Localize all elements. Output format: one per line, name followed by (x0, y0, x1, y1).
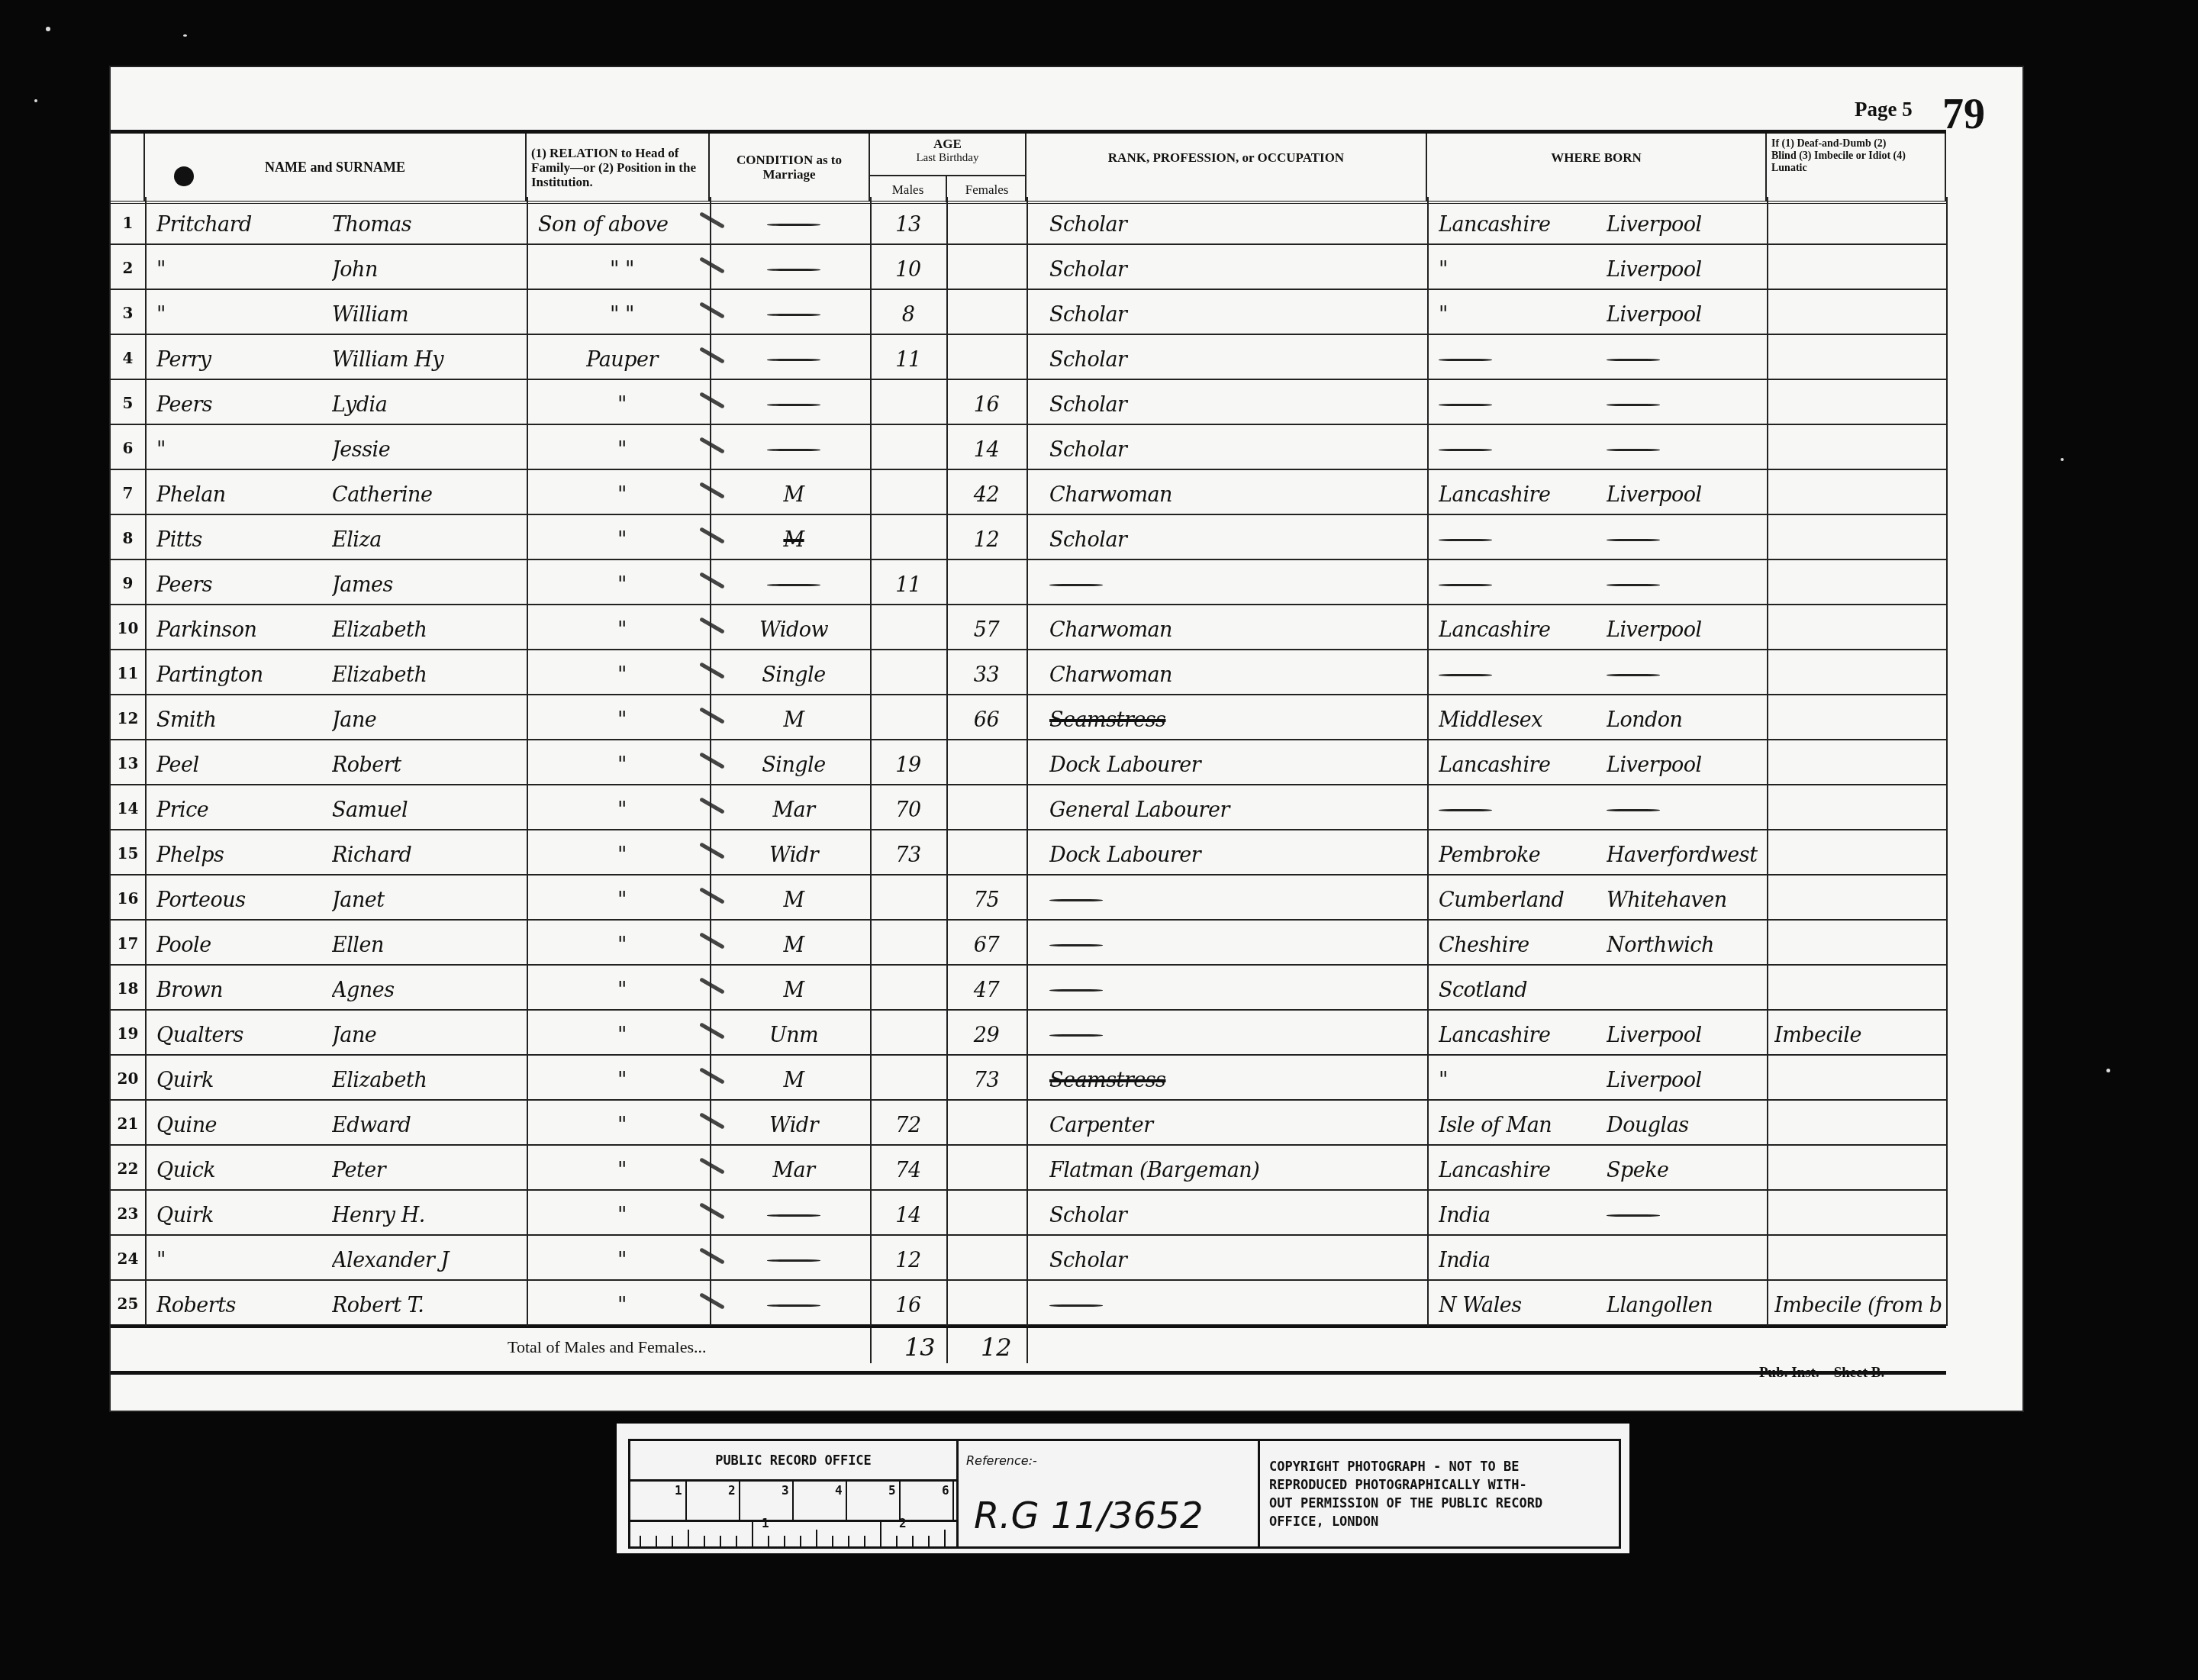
ruler-tick (672, 1536, 673, 1546)
cell-surname: Quick (156, 1152, 332, 1188)
column-divider (1767, 197, 1768, 1326)
cell-condition: Mar (721, 1152, 866, 1188)
table-row: 15PhelpsRichard"Widr73Dock LabourerPembr… (111, 830, 1946, 875)
cell-forename: Eliza (332, 521, 523, 558)
cell-born-county (1439, 386, 1607, 423)
header-age-sub: Last Birthday (916, 151, 978, 166)
cell-forename: Jane (332, 701, 523, 738)
cell-relation: " (538, 1062, 706, 1098)
cell-born-place: Douglas (1607, 1107, 1759, 1143)
record-office-label: PUBLIC RECORD OFFICE 123456 12 Reference… (617, 1424, 1629, 1553)
cell-forename: John (332, 251, 523, 288)
cell-condition: Single (721, 746, 866, 783)
table-row: 19QualtersJane"Unm29LancashireLiverpoolI… (111, 1011, 1946, 1056)
table-row: 8PittsEliza"M12Scholar (111, 515, 1946, 560)
ruler-cm-number: 1 (675, 1483, 682, 1498)
ruler-tick (912, 1536, 914, 1546)
cell-female-age: 67 (946, 927, 1026, 963)
cell-female-age: 66 (946, 701, 1026, 738)
cell-forename: Edward (332, 1107, 523, 1143)
cell-born-county (1439, 521, 1607, 558)
cell-relation: " (538, 431, 706, 468)
cell-infirmity (1774, 206, 1942, 243)
cell-female-age (946, 837, 1026, 873)
row-number: 14 (111, 785, 145, 830)
cell-infirmity (1774, 1152, 1942, 1188)
dash-mark (767, 584, 820, 586)
cell-forename: Peter (332, 1152, 523, 1188)
cell-forename: Lydia (332, 386, 523, 423)
cell-occupation: Charwoman (1049, 611, 1416, 648)
cell-born-place: Speke (1607, 1152, 1759, 1188)
cell-occupation: Scholar (1049, 431, 1416, 468)
cell-infirmity (1774, 431, 1942, 468)
row-number: 13 (111, 740, 145, 785)
cell-infirmity (1774, 566, 1942, 603)
cell-born-place (1607, 386, 1759, 423)
cell-relation: " (538, 1152, 706, 1188)
ruler-tick (896, 1536, 898, 1546)
ruler-tick (656, 1536, 657, 1546)
folio-number: 79 (1942, 90, 1985, 139)
cell-relation: " (538, 746, 706, 783)
cell-male-age: 11 (870, 341, 946, 378)
ruler-tick (880, 1520, 881, 1546)
cell-condition: Widr (721, 1107, 866, 1143)
cell-surname: Peers (156, 566, 332, 603)
cell-relation: " (538, 656, 706, 693)
cell-infirmity (1774, 296, 1942, 333)
ruler-section: PUBLIC RECORD OFFICE 123456 12 (630, 1441, 959, 1546)
row-number: 2 (111, 245, 145, 290)
cell-forename: Elizabeth (332, 1062, 523, 1098)
cell-female-age: 33 (946, 656, 1026, 693)
cell-male-age (870, 882, 946, 918)
cell-female-age (946, 1287, 1026, 1324)
dash-mark (767, 1259, 820, 1262)
cell-condition: M (721, 701, 866, 738)
cell-relation: " (538, 701, 706, 738)
cell-born-county (1439, 566, 1607, 603)
cell-surname: Perry (156, 341, 332, 378)
ruler-tick (816, 1530, 817, 1546)
cell-born-county: Pembroke (1439, 837, 1607, 873)
cell-male-age (870, 972, 946, 1008)
cell-female-age: 12 (946, 521, 1026, 558)
cell-female-age (946, 1152, 1026, 1188)
ruler-cm-number: 6 (942, 1483, 949, 1498)
cell-born-county: " (1439, 1062, 1607, 1098)
dash-mark (1439, 539, 1492, 541)
ruler-divider (739, 1482, 740, 1520)
cell-born-place: Liverpool (1607, 1062, 1759, 1098)
cell-forename: Alexander J (332, 1242, 523, 1279)
cell-infirmity (1774, 1197, 1942, 1233)
cell-male-age (870, 927, 946, 963)
cell-surname: Roberts (156, 1287, 332, 1324)
header-name-text: NAME and SURNAME (265, 160, 405, 175)
row-number: 7 (111, 470, 145, 515)
cell-male-age (870, 521, 946, 558)
cell-occupation (1049, 972, 1416, 1008)
column-divider (527, 197, 528, 1326)
cell-born-place: Northwich (1607, 927, 1759, 963)
ruler-inch: 12 (630, 1517, 956, 1546)
ruler-tick (832, 1536, 833, 1546)
cell-male-age: 16 (870, 1287, 946, 1324)
cell-occupation: Charwoman (1049, 476, 1416, 513)
table-row: 9PeersJames"11 (111, 560, 1946, 605)
cell-relation: " (538, 882, 706, 918)
cell-condition: M (721, 521, 866, 558)
cell-born-county: Middlesex (1439, 701, 1607, 738)
cell-male-age (870, 701, 946, 738)
dash-mark (1049, 1034, 1103, 1037)
ruler-cm-number: 5 (888, 1483, 896, 1498)
cell-occupation (1049, 1287, 1416, 1324)
cell-surname: Quirk (156, 1062, 332, 1098)
row-number: 24 (111, 1236, 145, 1281)
cell-condition (721, 341, 866, 378)
cell-female-age: 16 (946, 386, 1026, 423)
cell-forename: Robert T. (332, 1287, 523, 1324)
cell-relation: " (538, 972, 706, 1008)
cell-born-county: Lancashire (1439, 206, 1607, 243)
cell-infirmity (1774, 972, 1942, 1008)
cell-surname: Poole (156, 927, 332, 963)
ruler-tick (800, 1536, 801, 1546)
cell-forename: Ellen (332, 927, 523, 963)
cell-condition (721, 1242, 866, 1279)
page-number: Page 5 (1855, 98, 1913, 121)
cell-relation: " (538, 792, 706, 828)
cell-born-place: Liverpool (1607, 746, 1759, 783)
table-row: 20QuirkElizabeth"M73Seamstress"Liverpool (111, 1056, 1946, 1101)
dash-mark (1607, 584, 1660, 586)
cell-born-place: Liverpool (1607, 611, 1759, 648)
cell-relation: " (538, 521, 706, 558)
cell-occupation: Flatman (Bargeman) (1049, 1152, 1416, 1188)
cell-occupation: Dock Labourer (1049, 746, 1416, 783)
cell-condition: Mar (721, 792, 866, 828)
dash-mark (1049, 899, 1103, 901)
cell-infirmity: Imbecile (from birth) (1774, 1287, 1942, 1324)
table-row: 5PeersLydia"16Scholar (111, 380, 1946, 425)
cell-condition (721, 1287, 866, 1324)
cell-born-place: Liverpool (1607, 251, 1759, 288)
dash-mark (1607, 359, 1660, 361)
cell-forename: Robert (332, 746, 523, 783)
dash-mark (767, 359, 820, 361)
cell-condition: Widr (721, 837, 866, 873)
cell-male-age: 10 (870, 251, 946, 288)
cell-relation: " (538, 1242, 706, 1279)
dash-mark (767, 314, 820, 316)
cell-forename: Jessie (332, 431, 523, 468)
cell-female-age (946, 1107, 1026, 1143)
cell-condition (721, 431, 866, 468)
cell-female-age (946, 341, 1026, 378)
cell-condition (721, 251, 866, 288)
row-number: 3 (111, 290, 145, 335)
cell-born-county: Scotland (1439, 972, 1607, 1008)
table-row: 25RobertsRobert T."16N WalesLlangollenIm… (111, 1281, 1946, 1326)
row-number: 6 (111, 425, 145, 470)
cell-male-age: 73 (870, 837, 946, 873)
cell-infirmity (1774, 251, 1942, 288)
cell-born-place (1607, 656, 1759, 693)
cell-forename: Elizabeth (332, 611, 523, 648)
cell-relation: " (538, 476, 706, 513)
cell-occupation: Seamstress (1049, 701, 1416, 738)
cell-born-county: Lancashire (1439, 611, 1607, 648)
cell-surname: Pitts (156, 521, 332, 558)
header-males: Males (870, 176, 947, 202)
cell-male-age: 11 (870, 566, 946, 603)
dash-mark (1607, 449, 1660, 451)
cell-male-age: 13 (870, 206, 946, 243)
header-relation: (1) RELATION to Head of Family—or (2) Po… (527, 134, 710, 201)
cell-surname: Phelps (156, 837, 332, 873)
cell-female-age: 42 (946, 476, 1026, 513)
cell-infirmity (1774, 1242, 1942, 1279)
cell-condition (721, 1197, 866, 1233)
row-number: 20 (111, 1056, 145, 1101)
cell-relation: " (538, 1107, 706, 1143)
cell-male-age (870, 431, 946, 468)
column-divider (1946, 197, 1948, 1326)
cell-occupation: Scholar (1049, 386, 1416, 423)
table-row: 2"John" "10Scholar"Liverpool (111, 245, 1946, 290)
cell-infirmity (1774, 927, 1942, 963)
totals-row: Total of Males and Females... 13 12 (111, 1324, 1946, 1375)
cell-condition: Widow (721, 611, 866, 648)
cell-occupation: Seamstress (1049, 1062, 1416, 1098)
cell-born-place (1607, 341, 1759, 378)
cell-forename: Catherine (332, 476, 523, 513)
cell-occupation (1049, 882, 1416, 918)
cell-relation: " (538, 566, 706, 603)
dash-mark (767, 1304, 820, 1307)
cell-male-age (870, 611, 946, 648)
row-number: 18 (111, 966, 145, 1011)
cell-infirmity (1774, 1062, 1942, 1098)
cell-female-age (946, 206, 1026, 243)
cell-occupation: Carpenter (1049, 1107, 1416, 1143)
divider (946, 1328, 948, 1363)
cell-infirmity (1774, 882, 1942, 918)
cell-born-county: Lancashire (1439, 746, 1607, 783)
cell-born-place: Liverpool (1607, 1017, 1759, 1053)
cell-occupation: General Labourer (1049, 792, 1416, 828)
cell-infirmity (1774, 837, 1942, 873)
dash-mark (1607, 674, 1660, 676)
ruler-tick (848, 1536, 849, 1546)
cell-male-age (870, 1062, 946, 1098)
cell-born-county (1439, 341, 1607, 378)
header-infirmity: If (1) Deaf-and-Dumb (2) Blind (3) Imbec… (1767, 134, 1946, 201)
row-number: 4 (111, 335, 145, 380)
column-divider (1026, 197, 1028, 1326)
cell-relation: " (538, 1287, 706, 1324)
cell-surname: Brown (156, 972, 332, 1008)
dash-mark (1439, 449, 1492, 451)
cell-surname: Quine (156, 1107, 332, 1143)
cell-male-age: 8 (870, 296, 946, 333)
cell-surname: Porteous (156, 882, 332, 918)
total-males: 13 (904, 1333, 936, 1362)
cell-occupation: Scholar (1049, 521, 1416, 558)
cell-born-county: " (1439, 296, 1607, 333)
cell-forename: Samuel (332, 792, 523, 828)
cell-female-age (946, 746, 1026, 783)
ruler-tick (944, 1530, 946, 1546)
cell-female-age: 75 (946, 882, 1026, 918)
cell-born-county: Lancashire (1439, 1017, 1607, 1053)
cell-male-age: 12 (870, 1242, 946, 1279)
table-row: 17PooleEllen"M67CheshireNorthwich (111, 921, 1946, 966)
speck (183, 34, 187, 37)
cell-female-age (946, 1197, 1026, 1233)
cell-born-county: Cumberland (1439, 882, 1607, 918)
cell-condition: Single (721, 656, 866, 693)
row-number: 17 (111, 921, 145, 966)
table-row: 14PriceSamuel"Mar70General Labourer (111, 785, 1946, 830)
cell-occupation: Scholar (1049, 341, 1416, 378)
cell-relation: " (538, 1017, 706, 1053)
cell-male-age (870, 656, 946, 693)
ruler-tick (864, 1536, 865, 1546)
table-row: 18BrownAgnes"M47Scotland (111, 966, 1946, 1011)
cell-born-county: India (1439, 1242, 1607, 1279)
dash-mark (1439, 404, 1492, 406)
cell-condition: M (721, 972, 866, 1008)
dash-mark (1607, 539, 1660, 541)
cell-condition (721, 206, 866, 243)
cell-male-age (870, 386, 946, 423)
cell-female-age: 73 (946, 1062, 1026, 1098)
cell-surname: Parkinson (156, 611, 332, 648)
row-number: 25 (111, 1281, 145, 1326)
ruler-tick (736, 1536, 737, 1546)
cell-surname: Smith (156, 701, 332, 738)
cell-born-place: Haverfordwest (1607, 837, 1759, 873)
row-number: 8 (111, 515, 145, 560)
cell-surname: " (156, 1242, 332, 1279)
table-row: 10ParkinsonElizabeth"Widow57CharwomanLan… (111, 605, 1946, 650)
total-females: 12 (981, 1333, 1012, 1362)
row-number: 10 (111, 605, 145, 650)
reference-label: Reference:- (966, 1453, 1037, 1468)
row-number: 21 (111, 1101, 145, 1146)
ruler-tick (640, 1536, 641, 1546)
cell-born-county: India (1439, 1197, 1607, 1233)
cell-infirmity (1774, 792, 1942, 828)
table-row: 16PorteousJanet"M75CumberlandWhitehaven (111, 875, 1946, 921)
cell-infirmity (1774, 476, 1942, 513)
cell-forename: Richard (332, 837, 523, 873)
header-females: Females (947, 176, 1026, 202)
column-divider (946, 197, 948, 1326)
cell-relation: " (538, 386, 706, 423)
cell-forename: Thomas (332, 206, 523, 243)
row-number: 23 (111, 1191, 145, 1236)
cell-forename: William Hy (332, 341, 523, 378)
divider (1026, 1328, 1028, 1363)
dash-mark (1049, 944, 1103, 946)
cell-surname: Peel (156, 746, 332, 783)
cell-infirmity (1774, 656, 1942, 693)
cell-born-place (1607, 521, 1759, 558)
cell-relation: " " (538, 296, 706, 333)
dash-mark (1049, 1304, 1103, 1307)
cell-born-place: Whitehaven (1607, 882, 1759, 918)
ruler-tick (720, 1536, 721, 1546)
cell-female-age: 29 (946, 1017, 1026, 1053)
cell-male-age: 72 (870, 1107, 946, 1143)
table-row: 13PeelRobert"Single19Dock LabourerLancas… (111, 740, 1946, 785)
form-footer: Pub. Inst.—Sheet B. (1759, 1365, 1884, 1382)
cell-relation: " (538, 837, 706, 873)
cell-forename: Jane (332, 1017, 523, 1053)
cell-occupation (1049, 1017, 1416, 1053)
cell-surname: " (156, 431, 332, 468)
punch-hole (174, 166, 194, 186)
speck (34, 99, 37, 102)
cell-born-county: Lancashire (1439, 476, 1607, 513)
cell-born-county: Lancashire (1439, 1152, 1607, 1188)
cell-born-place: Llangollen (1607, 1287, 1759, 1324)
cell-female-age (946, 251, 1026, 288)
column-divider (870, 197, 872, 1326)
dash-mark (1439, 674, 1492, 676)
cell-born-place: Liverpool (1607, 476, 1759, 513)
cell-born-place (1607, 1197, 1759, 1233)
table-row: 12SmithJane"M66SeamstressMiddlesexLondon (111, 695, 1946, 740)
speck (2061, 458, 2064, 461)
cell-occupation: Dock Labourer (1049, 837, 1416, 873)
cell-forename: William (332, 296, 523, 333)
cell-infirmity (1774, 521, 1942, 558)
cell-male-age: 19 (870, 746, 946, 783)
cell-female-age: 14 (946, 431, 1026, 468)
cell-relation: Son of above (538, 206, 706, 243)
ruler-divider (952, 1482, 954, 1520)
cell-condition (721, 566, 866, 603)
cell-forename: Henry H. (332, 1197, 523, 1233)
cell-surname: Peers (156, 386, 332, 423)
row-number: 22 (111, 1146, 145, 1191)
cell-female-age: 57 (946, 611, 1026, 648)
speck (46, 27, 50, 31)
cell-occupation: Charwoman (1049, 656, 1416, 693)
header-condition: CONDITION as to Marriage (710, 134, 870, 201)
cell-born-place (1607, 566, 1759, 603)
cell-infirmity (1774, 611, 1942, 648)
ruler-tick (928, 1536, 930, 1546)
cell-surname: " (156, 296, 332, 333)
ruler-inch-number: 2 (899, 1516, 907, 1530)
cell-born-county: N Wales (1439, 1287, 1607, 1324)
table-row: 23QuirkHenry H."14ScholarIndia (111, 1191, 1946, 1236)
cell-born-place (1607, 972, 1759, 1008)
cell-forename: James (332, 566, 523, 603)
row-number: 12 (111, 695, 145, 740)
header-row-number (111, 134, 145, 201)
ruler-tick (784, 1536, 785, 1546)
reference-value: R.G 11/3652 (974, 1495, 1203, 1537)
totals-label: Total of Males and Females... (508, 1337, 707, 1357)
